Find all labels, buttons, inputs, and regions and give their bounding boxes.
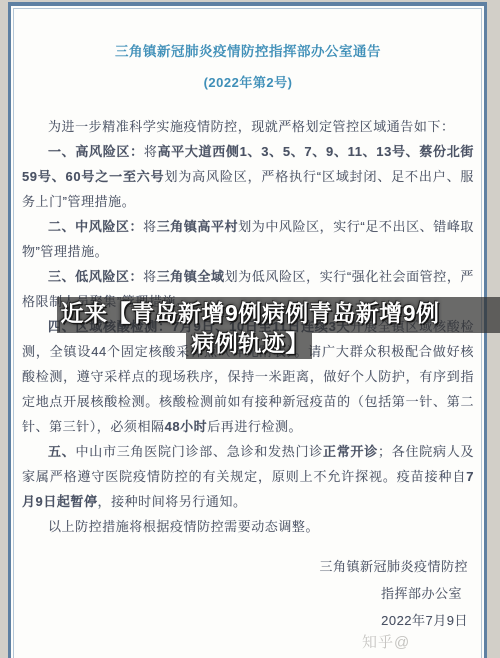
video-caption-line2: 病例轨迹】 (0, 331, 500, 356)
notice-paragraph: 为进一步精准科学实施疫情防控，现就严格划定管控区域通告如下： (22, 114, 474, 139)
paragraph-text-segment: 中山市三角医院门诊部、急诊和发热门诊 (76, 444, 323, 459)
paragraph-bold-segment: 三角镇高平村 (157, 219, 239, 234)
paragraph-text-segment: 以上防控措施将根据疫情防控需要动态调整。 (48, 519, 319, 534)
paragraph-bold-segment: 三、低风险区： (48, 269, 143, 284)
paragraph-bold-segment: 正常开诊 (323, 444, 378, 459)
notice-paragraph: 五、中山市三角医院门诊部、急诊和发热门诊正常开诊；各住院病人及家属严格遵守医院疫… (22, 439, 474, 514)
paragraph-text-segment: 为进一步精准科学实施疫情防控，现就严格划定管控区域通告如下： (48, 119, 455, 134)
notice-paragraph: 以上防控措施将根据疫情防控需要动态调整。 (22, 514, 474, 539)
notice-title: 三角镇新冠肺炎疫情防控指挥部办公室通告 (22, 43, 474, 61)
paragraph-text-segment: 后再进行检测。 (207, 419, 302, 434)
paragraph-bold-segment: 48小时 (165, 419, 208, 434)
signoff-org-line2: 指挥部办公室 (22, 580, 474, 607)
paragraph-text-segment: ，接种时间将另行通知。 (98, 494, 247, 509)
screenshot-root: 三角镇新冠肺炎疫情防控指挥部办公室通告 (2022年第2号) 为进一步精准科学实… (0, 0, 500, 658)
paragraph-bold-segment: 三角镇全域 (157, 269, 225, 284)
video-caption: 近来【青岛新增9例病例青岛新增9例 病例轨迹】 (0, 296, 500, 356)
notice-number: (2022年第2号) (22, 74, 474, 92)
notice-date: 2022年7月9日 (22, 607, 474, 634)
notice-signoff: 三角镇新冠肺炎疫情防控 指挥部办公室 2022年7月9日 (22, 553, 474, 634)
paragraph-bold-segment: 五、 (48, 444, 76, 459)
paragraph-text-segment: 将 (143, 219, 157, 234)
signoff-org-line1: 三角镇新冠肺炎疫情防控 (22, 553, 474, 580)
notice-paragraph: 一、高风险区：将高平大道西侧1、3、5、7、9、11、13号、蔡份北街59号、6… (22, 139, 474, 214)
video-caption-line1: 近来【青岛新增9例病例青岛新增9例 (0, 296, 500, 331)
paragraph-bold-segment: 二、中风险区： (48, 219, 143, 234)
notice-paragraph: 二、中风险区：将三角镇高平村划为中风险区，实行“足不出区、错峰取物”管理措施。 (22, 214, 474, 264)
paragraph-text-segment: 将 (144, 144, 158, 159)
paragraph-text-segment: 将 (143, 269, 157, 284)
paragraph-bold-segment: 一、高风险区： (48, 144, 144, 159)
